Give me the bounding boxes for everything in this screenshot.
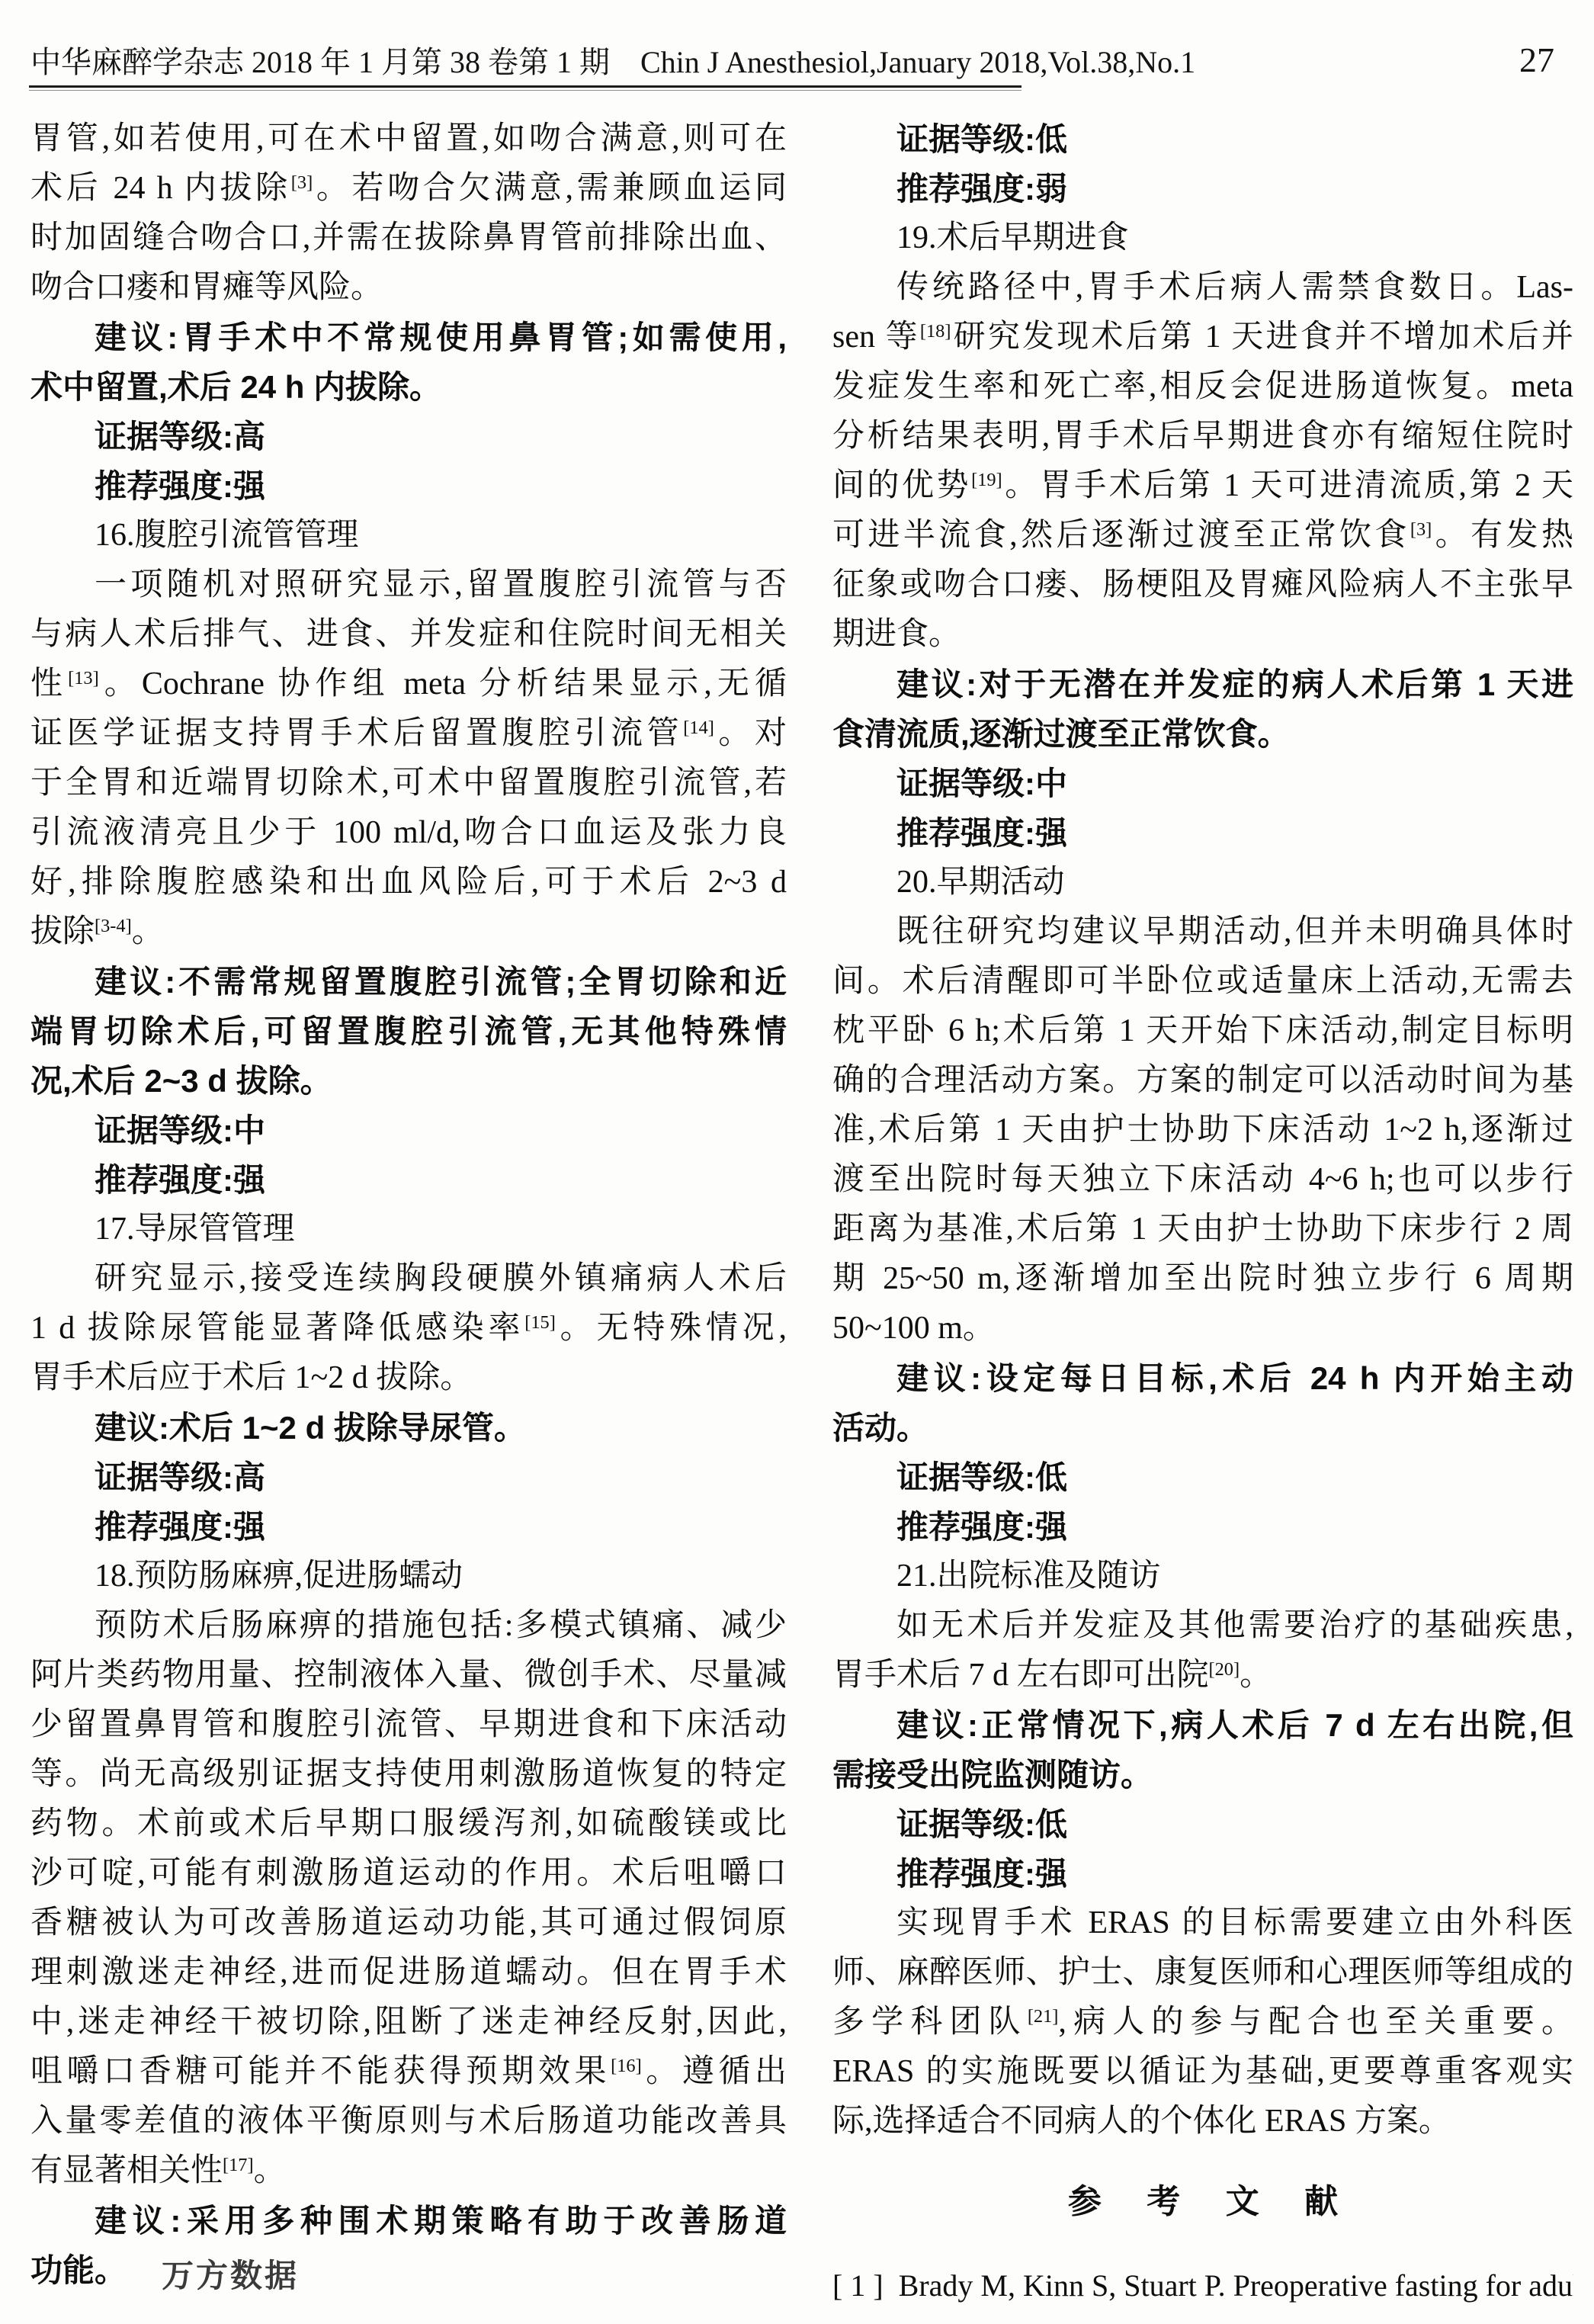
recommendation: 活动。 <box>832 1403 1573 1452</box>
text-line: 好,排除腹腔感染和出血风险后,可于术后 2~3 d <box>30 858 787 907</box>
evidence-level: 证据等级:中 <box>30 1106 787 1155</box>
journal-header: 中华麻醉学杂志 2018 年 1 月第 38 卷第 1 期 Chin J Ane… <box>30 44 1195 81</box>
recommendation: 功能。 <box>30 2245 787 2295</box>
text-line: 间的优势[19]。胃手术后第 1 天可进清流质,第 2 天 <box>832 461 1573 511</box>
citation-superscript: [15] <box>524 1312 556 1333</box>
text-line: 间。术后清醒即可半卧位或适量床上活动,无需去 <box>832 957 1573 1006</box>
text-line: 50~100 m。 <box>832 1304 1573 1353</box>
text-line: 发症发生率和死亡率,相反会促进肠道恢复。meta <box>832 362 1573 412</box>
right-column: 证据等级:低推荐强度:弱19.术后早期进食传统路径中,胃手术后病人需禁食数日。L… <box>832 114 1573 2310</box>
text-line: 中,迷走神经干被切除,阻断了迷走神经反射,因此, <box>30 1998 787 2047</box>
text-line: 传统路径中,胃手术后病人需禁食数日。Las- <box>832 263 1573 313</box>
section-heading: 16.腹腔引流管管理 <box>30 511 787 560</box>
evidence-level: 证据等级:低 <box>832 114 1573 164</box>
text-line: 分析结果表明,胃手术后早期进食亦有缩短住院时 <box>832 412 1573 461</box>
left-column: 胃管,如若使用,可在术中留置,如吻合满意,则可在术后 24 h 内拔除[3]。若… <box>30 114 787 2295</box>
text-line: 距离为基准,术后第 1 天由护士协助下床步行 2 周 <box>832 1205 1573 1254</box>
text-line: ERAS 的实施既要以循证为基础,更要尊重客观实 <box>832 2047 1573 2097</box>
text-line: 入量零差值的液体平衡原则与术后肠道功能改善具 <box>30 2097 787 2146</box>
text-line: 准,术后第 1 天由护士协助下床活动 1~2 h,逐渐过 <box>832 1106 1573 1155</box>
citation-superscript: [21] <box>1028 2006 1059 2027</box>
recommendation: 况,术后 2~3 d 拔除。 <box>30 1056 787 1106</box>
citation-superscript: [17] <box>223 2155 254 2175</box>
text-line: 于全胃和近端胃切除术,可术中留置腹腔引流管,若 <box>30 759 787 808</box>
text-line: 术后 24 h 内拔除[3]。若吻合欠满意,需兼顾血运同 <box>30 164 787 213</box>
text-line: 少留置鼻胃管和腹腔引流管、早期进食和下床活动 <box>30 1700 787 1750</box>
text-line: 既往研究均建议早期活动,但并未明确具体时 <box>832 907 1573 957</box>
text-line: 沙可啶,可能有刺激肠道运动的作用。术后咀嚼口 <box>30 1849 787 1899</box>
text-line: 阿片类药物用量、控制液体入量、微创手术、尽量减 <box>30 1651 787 1700</box>
text-line: 研究显示,接受连续胸段硬膜外镇痛病人术后 <box>30 1254 787 1304</box>
text-line: 多学科团队[21],病人的参与配合也至关重要。 <box>832 1998 1573 2047</box>
citation-superscript: [3] <box>1410 519 1432 540</box>
header-rule <box>29 85 1022 91</box>
text-line: sen 等[18]研究发现术后第 1 天进食并不增加术后并 <box>832 313 1573 362</box>
page-number: 27 <box>1519 40 1554 80</box>
reference-item: [ 1 ] Brady M, Kinn S, Stuart P. Preoper… <box>832 2261 1573 2310</box>
text-line: 胃管,如若使用,可在术中留置,如吻合满意,则可在 <box>30 114 787 164</box>
text-line: 际,选择适合不同病人的个体化 ERAS 方案。 <box>832 2097 1573 2146</box>
recommendation: 食清流质,逐渐过渡至正常饮食。 <box>832 709 1573 759</box>
recommendation-strength: 推荐强度:强 <box>832 1849 1573 1899</box>
citation-superscript: [20] <box>1209 1659 1240 1680</box>
section-heading: 20.早期活动 <box>832 858 1573 907</box>
section-heading: 19.术后早期进食 <box>832 213 1573 263</box>
text-line: 预防术后肠麻痹的措施包括:多模式镇痛、减少 <box>30 1601 787 1651</box>
text-line: 期进食。 <box>832 610 1573 660</box>
text-line: 期 25~50 m,逐渐增加至出院时独立步行 6 周期 <box>832 1254 1573 1304</box>
recommendation: 建议:正常情况下,病人术后 7 d 左右出院,但 <box>832 1700 1573 1750</box>
recommendation: 建议:对于无潜在并发症的病人术后第 1 天进 <box>832 660 1573 709</box>
evidence-level: 证据等级:高 <box>30 1452 787 1502</box>
recommendation-strength: 推荐强度:强 <box>30 1155 787 1205</box>
text-line: 咀嚼口香糖可能并不能获得预期效果[16]。遵循出 <box>30 2047 787 2097</box>
recommendation: 术中留置,术后 24 h 内拔除。 <box>30 362 787 412</box>
recommendation-strength: 推荐强度:弱 <box>832 164 1573 213</box>
text-line: 时加固缝合吻合口,并需在拔除鼻胃管前排除出血、 <box>30 213 787 263</box>
section-heading: 18.预防肠麻痹,促进肠蠕动 <box>30 1552 787 1601</box>
text-line: 理刺激迷走神经,进而促进肠道蠕动。但在胃手术 <box>30 1948 787 1998</box>
text-line: 证医学证据支持胃手术后留置腹腔引流管[14]。对 <box>30 709 787 759</box>
citation-superscript: [14] <box>683 717 714 738</box>
text-line: 渡至出院时每天独立下床活动 4~6 h;也可以步行 <box>832 1155 1573 1205</box>
text-line: 药物。术前或术后早期口服缓泻剂,如硫酸镁或比 <box>30 1799 787 1849</box>
evidence-level: 证据等级:低 <box>832 1452 1573 1502</box>
text-line: 与病人术后排气、进食、并发症和住院时间无相关 <box>30 610 787 660</box>
text-line: 可进半流食,然后逐渐过渡至正常饮食[3]。有发热 <box>832 511 1573 560</box>
journal-page: 中华麻醉学杂志 2018 年 1 月第 38 卷第 1 期 Chin J Ane… <box>0 0 1594 2324</box>
text-line: 征象或吻合口瘘、肠梗阻及胃瘫风险病人不主张早 <box>832 560 1573 610</box>
evidence-level: 证据等级:高 <box>30 412 787 461</box>
text-line: 一项随机对照研究显示,留置腹腔引流管与否 <box>30 560 787 610</box>
recommendation: 建议:不需常规留置腹腔引流管;全胃切除和近 <box>30 957 787 1006</box>
wanfang-data-watermark: 万方数据 <box>162 2251 299 2297</box>
text-line: 师、麻醉医师、护士、康复医师和心理医师等组成的 <box>832 1948 1573 1998</box>
evidence-level: 证据等级:低 <box>832 1799 1573 1849</box>
references-heading: 参 考 文 献 <box>832 2177 1573 2226</box>
text-line: 1 d 拔除尿管能显著降低感染率[15]。无特殊情况, <box>30 1304 787 1353</box>
citation-superscript: [19] <box>971 470 1002 490</box>
recommendation-strength: 推荐强度:强 <box>30 1502 787 1552</box>
section-heading: 17.导尿管管理 <box>30 1205 787 1254</box>
text-line: 等。尚无高级别证据支持使用刺激肠道恢复的特定 <box>30 1750 787 1799</box>
text-line: 实现胃手术 ERAS 的目标需要建立由外科医 <box>832 1899 1573 1948</box>
citation-superscript: [3] <box>291 172 313 193</box>
citation-superscript: [16] <box>611 2056 642 2076</box>
recommendation: 建议:术后 1~2 d 拔除导尿管。 <box>30 1403 787 1452</box>
recommendation: 建议:采用多种围术期策略有助于改善肠道 <box>30 2196 787 2245</box>
citation-superscript: [13] <box>68 668 99 689</box>
text-line: 拔除[3-4]。 <box>30 907 787 957</box>
evidence-level: 证据等级:中 <box>832 759 1573 808</box>
recommendation-strength: 推荐强度:强 <box>30 461 787 511</box>
text-line: 枕平卧 6 h;术后第 1 天开始下床活动,制定目标明 <box>832 1006 1573 1056</box>
recommendation: 端胃切除术后,可留置腹腔引流管,无其他特殊情 <box>30 1006 787 1056</box>
recommendation-strength: 推荐强度:强 <box>832 808 1573 858</box>
citation-superscript: [3-4] <box>95 916 132 936</box>
text-line: 如无术后并发症及其他需要治疗的基础疾患, <box>832 1601 1573 1651</box>
section-heading: 21.出院标准及随访 <box>832 1552 1573 1601</box>
recommendation: 建议:设定每日目标,术后 24 h 内开始主动 <box>832 1353 1573 1403</box>
recommendation: 建议:胃手术中不常规使用鼻胃管;如需使用, <box>30 313 787 362</box>
text-line: 胃手术后应于术后 1~2 d 拔除。 <box>30 1353 787 1403</box>
text-line: 引流液清亮且少于 100 ml/d,吻合口血运及张力良 <box>30 808 787 858</box>
text-line: 胃手术后 7 d 左右即可出院[20]。 <box>832 1651 1573 1700</box>
text-line: 性[13]。Cochrane 协作组 meta 分析结果显示,无循 <box>30 660 787 709</box>
text-line: 吻合口瘘和胃瘫等风险。 <box>30 263 787 313</box>
text-line: 有显著相关性[17]。 <box>30 2146 787 2196</box>
citation-superscript: [18] <box>920 321 951 342</box>
recommendation-strength: 推荐强度:强 <box>832 1502 1573 1552</box>
recommendation: 需接受出院监测随访。 <box>832 1750 1573 1799</box>
text-line: 确的合理活动方案。方案的制定可以活动时间为基 <box>832 1056 1573 1106</box>
text-line: 香糖被认为可改善肠道运动功能,其可通过假饲原 <box>30 1899 787 1948</box>
